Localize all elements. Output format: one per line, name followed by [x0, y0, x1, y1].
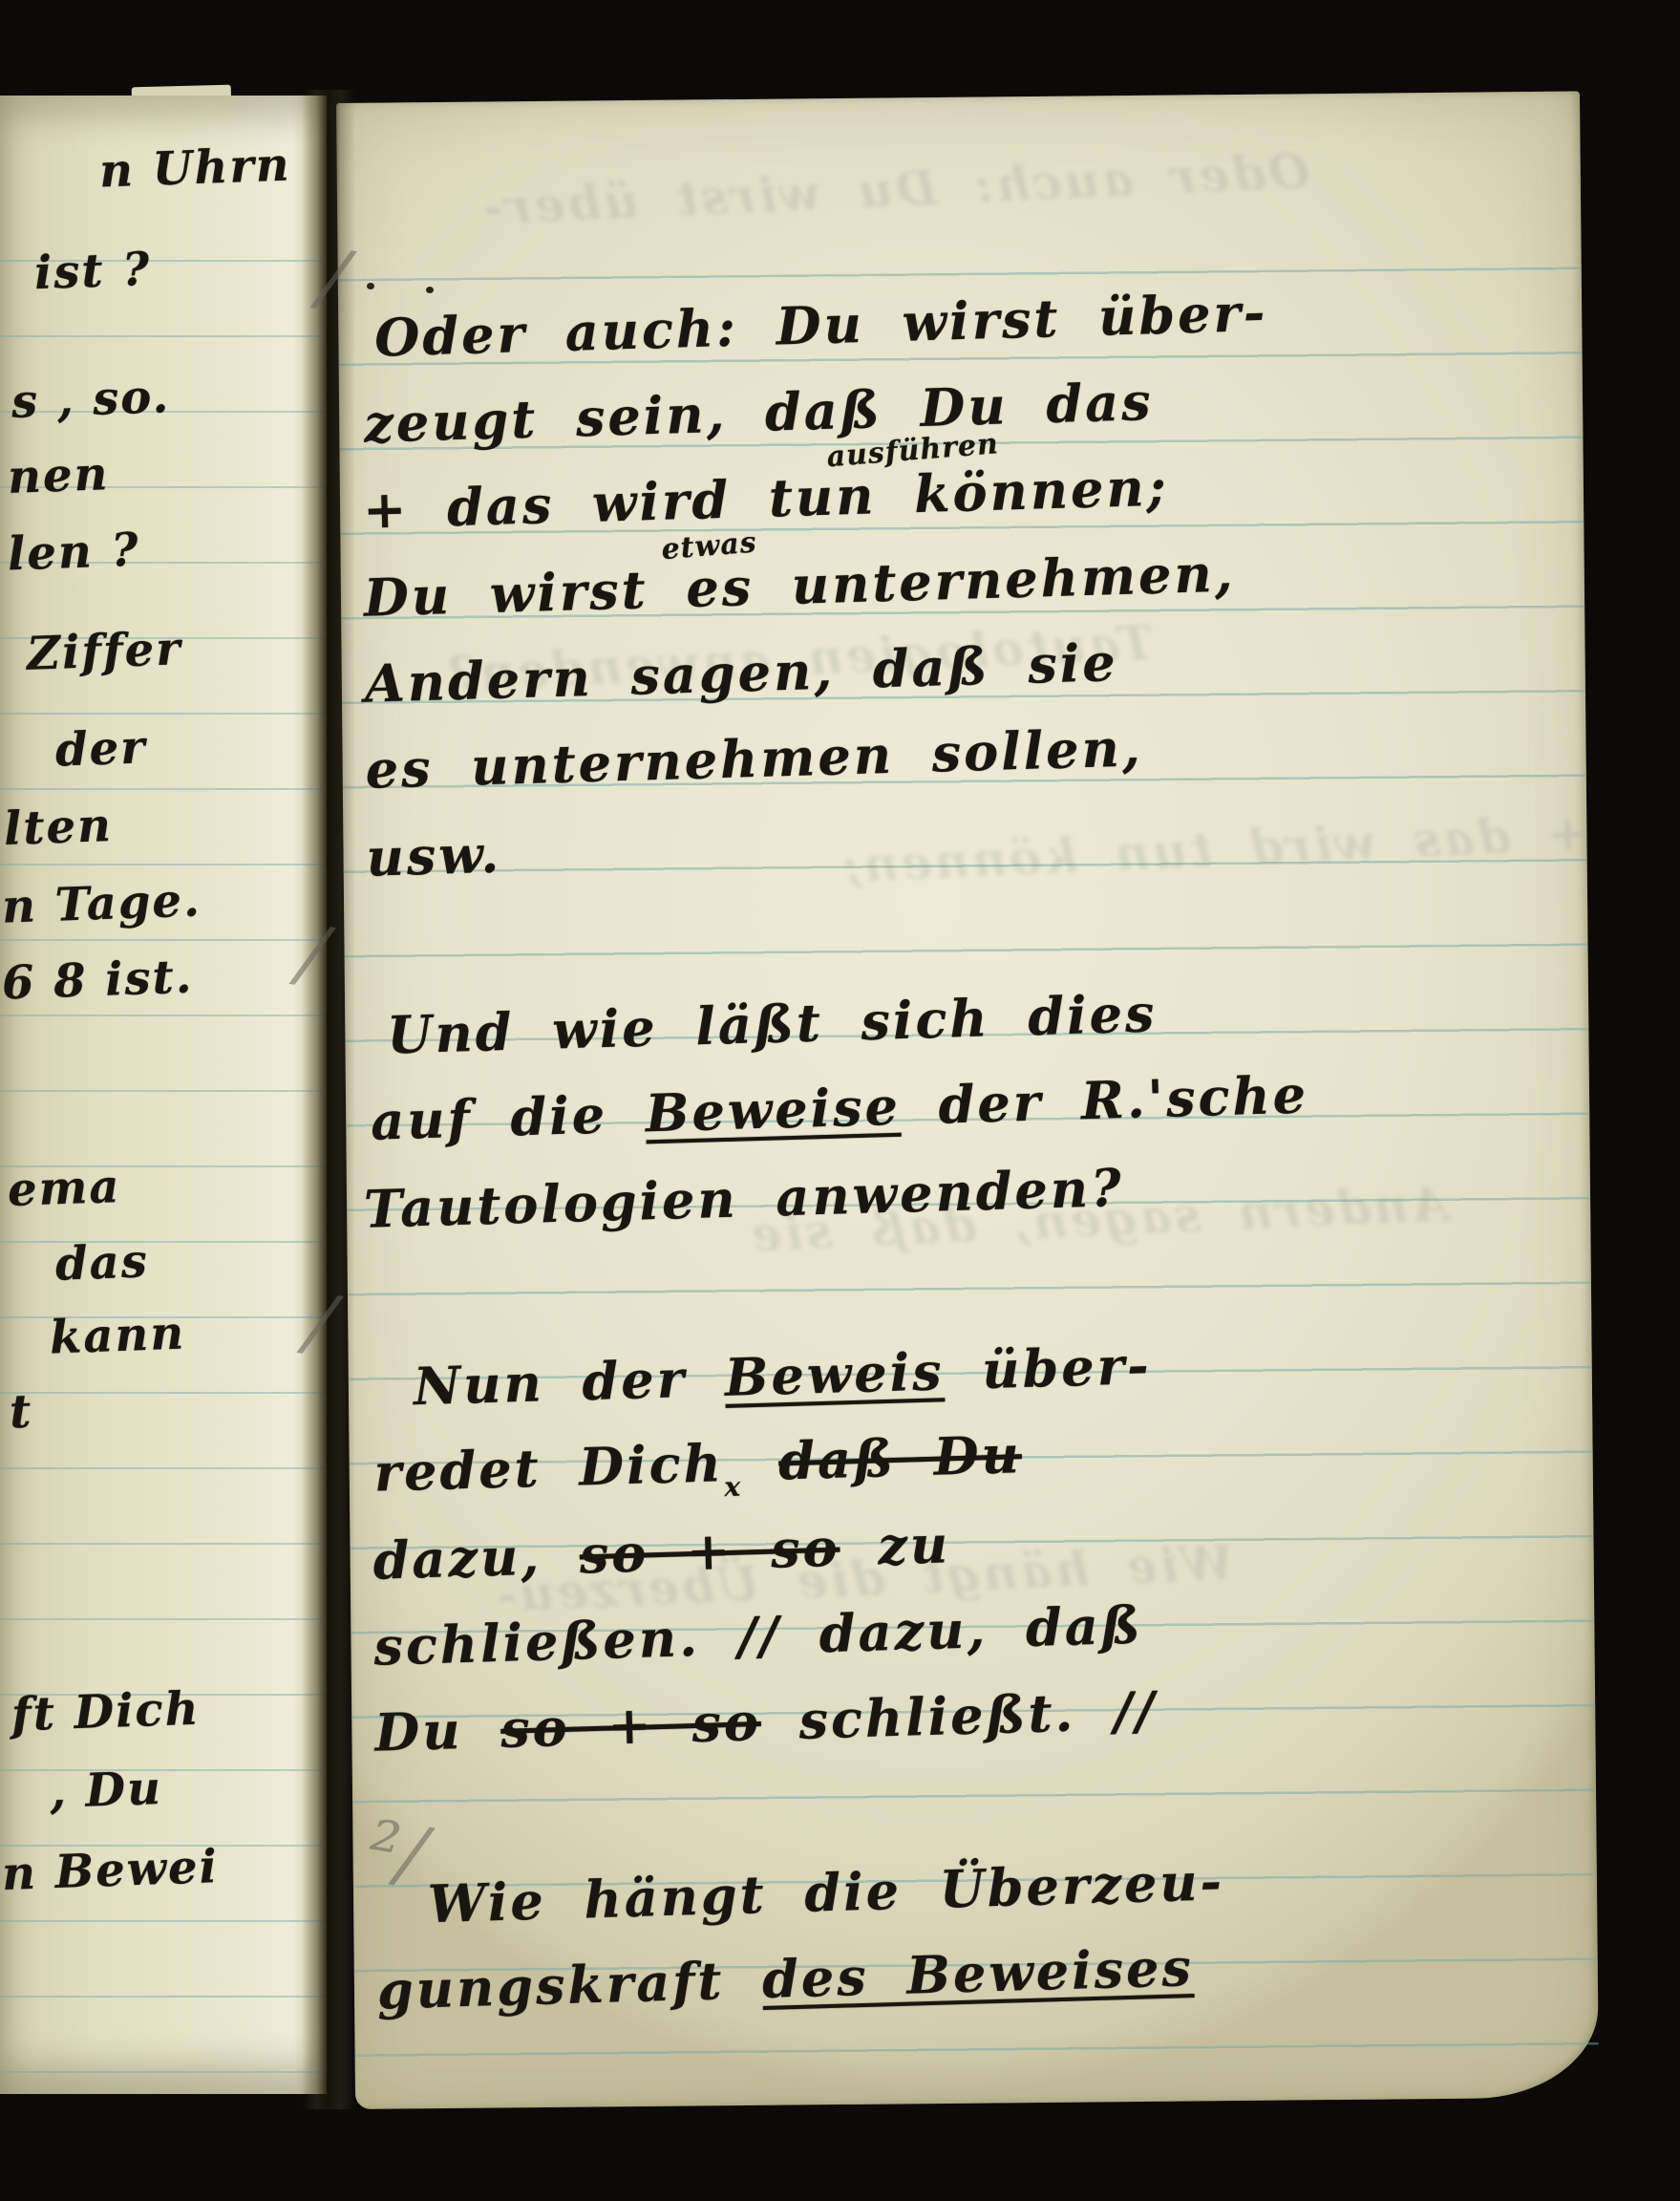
- handwriting-fragment: Ziffer: [26, 622, 182, 681]
- binding-stitch-dot: [426, 287, 434, 293]
- scan-backdrop: { "document": { "kind": "scanned handwri…: [0, 0, 1680, 2201]
- handwritten-segment-strike: daß Du: [777, 1423, 1022, 1491]
- handwritten-segment: dazu,: [372, 1524, 581, 1591]
- handwriting-fragment: ist ?: [33, 243, 152, 300]
- handwriting-fragment: n Uhrn: [98, 139, 291, 199]
- handwriting-fragment: s , so.: [11, 370, 171, 429]
- handwritten-line: usw.: [366, 823, 502, 888]
- handwritten-segment: [739, 1431, 779, 1493]
- showthrough-ghost: Oder auch: Du wirst über-: [479, 142, 1311, 236]
- handwriting-fragment: 6 8 ist.: [1, 951, 194, 1011]
- handwriting-fragment: , Du: [49, 1762, 163, 1819]
- handwriting-fragment: der: [54, 720, 147, 777]
- handwriting-fragment: len ?: [7, 524, 140, 582]
- handwritten-segment-underline: Beweis: [724, 1340, 946, 1408]
- handwritten-segment: Dich: [578, 1432, 724, 1497]
- left-page-edge: n Uhrnist ?s , so.nenlen ?Zifferderltenn…: [0, 96, 327, 2094]
- handwriting-fragment: nen: [7, 447, 110, 504]
- handwriting-fragment: ft Dich: [11, 1682, 201, 1742]
- handwritten-segment: der R.'sche: [900, 1063, 1309, 1136]
- handwriting-fragment: ema: [7, 1160, 121, 1217]
- handwritten-segment: zu: [839, 1513, 951, 1577]
- handwritten-segment: über-: [944, 1335, 1153, 1401]
- handwritten-segment: redet: [373, 1437, 580, 1504]
- handwritten-text-block: Oder auch: Du wirst über-zeugt sein, daß…: [336, 92, 1580, 103]
- handwritten-segment: auf die: [370, 1082, 646, 1151]
- binding-stitch-dot: [367, 283, 374, 289]
- handwritten-segment-underline: Beweise: [645, 1076, 902, 1144]
- handwritten-segment-strike: so + so: [579, 1517, 840, 1586]
- handwriting-fragment: n Tage.: [1, 873, 202, 933]
- handwritten-segment: gungskraft: [376, 1949, 763, 2021]
- handwritten-segment-sub: x: [724, 1471, 742, 1503]
- handwriting-fragment: n Bewei: [1, 1840, 220, 1901]
- handwriting-fragment: lten: [3, 799, 114, 856]
- handwritten-segment: Du: [373, 1699, 501, 1763]
- handwritten-segment: usw.: [366, 823, 502, 888]
- handwritten-segment-underline: des Beweises: [761, 1936, 1194, 2010]
- notebook-page: Oder auch: Du wirst über-Tautologien anw…: [336, 92, 1599, 2109]
- handwriting-fragment: t: [9, 1385, 33, 1440]
- handwritten-segment-strike: so + so: [500, 1691, 761, 1760]
- handwriting-fragment: kann: [49, 1307, 186, 1365]
- ink-showthrough: Oder auch: Du wirst über-Tautologien anw…: [336, 92, 1580, 103]
- binding-gutter-shadow: [302, 90, 355, 2109]
- handwritten-segment: Nun der: [413, 1347, 726, 1417]
- handwriting-fragment: das: [54, 1234, 150, 1291]
- handwritten-segment: schließt. //: [760, 1679, 1158, 1752]
